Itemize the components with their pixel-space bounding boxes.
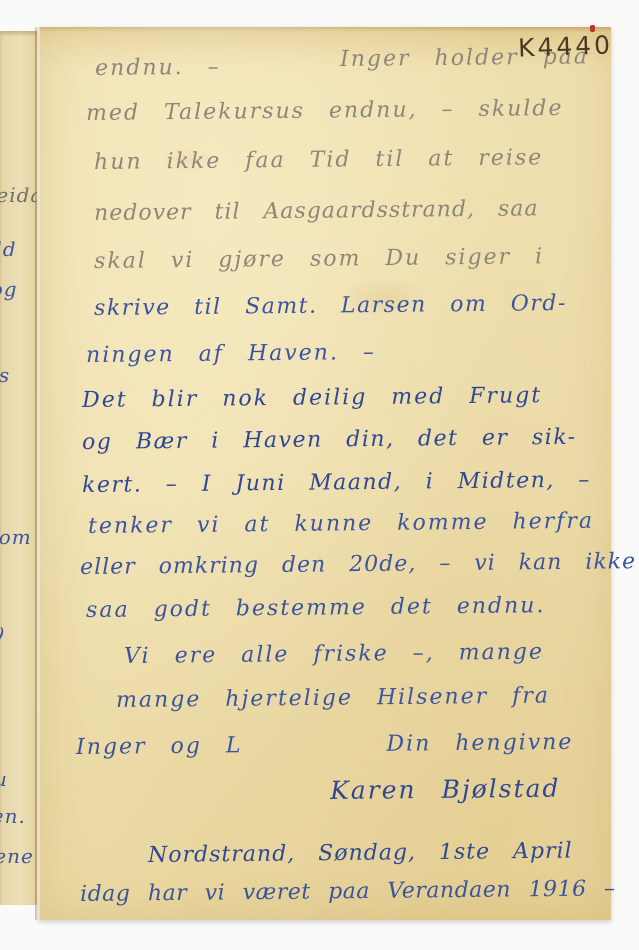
handwritten-line: idag har vi været paa Verandaen 1916 – [80, 878, 616, 906]
adjacent-page-edge: rbeida add l og as l om ) u den. vene [0, 31, 37, 905]
margin-fragment: as [0, 363, 10, 387]
margin-fragment: l og [0, 277, 18, 301]
margin-fragment: vene [0, 844, 34, 868]
archive-code: K4440 [518, 30, 614, 62]
margin-fragment: add [0, 237, 17, 261]
handwritten-line: med Talekursus endnu, – skulde [86, 98, 564, 125]
handwritten-line: skal vi gjøre som Du siger i [94, 246, 544, 273]
margin-fragment: den. [0, 804, 26, 828]
handwritten-line: saa godt bestemme det endnu. [86, 595, 546, 622]
handwritten-line: mange hjertelige Hilsener fra [116, 685, 550, 712]
margin-fragment: ) [0, 622, 8, 647]
margin-fragment: u [0, 767, 8, 791]
dateline: Nordstrand, Søndag, 1ste April [148, 841, 573, 867]
handwritten-line: kert. – I Juni Maand, i Midten, – [82, 470, 591, 497]
handwritten-line: Inger og L Din hengivne [76, 732, 574, 759]
signature: Karen Bjølstad [330, 776, 561, 803]
handwritten-line: og Bær i Haven din, det er sik- [82, 427, 577, 454]
margin-fragment: rbeida [0, 183, 37, 207]
handwritten-line: nedover til Aasgaardsstrand, saa [94, 198, 539, 225]
handwritten-line: skrive til Samt. Larsen om Ord- [94, 293, 567, 320]
handwritten-line: tenker vi at kunne komme herfra [88, 511, 594, 538]
handwritten-line: endnu. – [95, 57, 221, 80]
margin-fragment: l om [0, 525, 32, 549]
letter-scan: rbeida add l og as l om ) u den. vene K4… [0, 0, 639, 950]
handwritten-line: eller omkring den 20de, – vi kan ikke [80, 551, 636, 579]
handwritten-line: ningen af Haven. – [86, 342, 376, 367]
handwritten-line: hun ikke faa Tid til at reise [94, 147, 543, 174]
fold-crease [35, 27, 40, 920]
handwritten-line: Det blir nok deilig med Frugt [82, 385, 542, 412]
handwritten-line: Vi ere alle friske –, mange [124, 642, 544, 668]
